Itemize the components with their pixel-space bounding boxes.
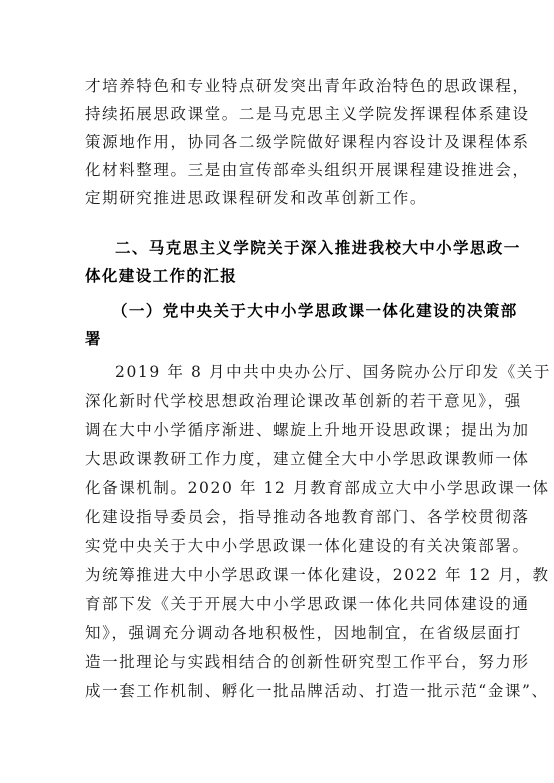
- section-heading: 体化建设工作的汇报: [85, 266, 470, 286]
- section-heading: 二、马克思主义学院关于深入推进我校大中小学思政一: [115, 238, 470, 258]
- body-line: 造一批理论与实践相结合的创新性研究型工作平台，努力形: [85, 652, 470, 672]
- body-line: 知》，强调充分调动各地积极性，因地制宜，在省级层面打: [85, 623, 470, 643]
- body-line: 大思政课教研工作力度，建立健全大中小学思政课教师一体: [85, 449, 470, 469]
- body-line: 实党中央关于大中小学思政课一体化建设的有关决策部署。: [85, 536, 470, 556]
- body-line: 2019 年 8 月中共中央办公厅、国务院办公厅印发《关于: [115, 362, 470, 382]
- paragraph-line: 策源地作用，协同各二级学院做好课程内容设计及课程体系: [85, 132, 470, 152]
- document-page: 才培养特色和专业特点研发突出青年政治特色的思政课程， 持续拓展思政课堂。二是马克…: [0, 0, 554, 783]
- paragraph-line: 持续拓展思政课堂。二是马克思主义学院发挥课程体系建设: [85, 104, 470, 124]
- subsection-heading: 署: [85, 329, 470, 349]
- paragraph-line: 定期研究推进思政课程研发和改革创新工作。: [85, 188, 470, 208]
- subsection-heading: （一）党中央关于大中小学思政课一体化建设的决策部: [112, 301, 470, 321]
- body-line: 调在大中小学循序渐进、螺旋上升地开设思政课；提出为加: [85, 420, 470, 440]
- body-line: 成一套工作机制、孵化一批品牌活动、打造一批示范“金课”、: [85, 681, 470, 701]
- body-line: 化建设指导委员会，指导推动各地教育部门、各学校贯彻落: [85, 507, 470, 527]
- body-line: 为统筹推进大中小学思政课一体化建设，2022 年 12 月，教: [85, 565, 470, 585]
- paragraph-line: 才培养特色和专业特点研发突出青年政治特色的思政课程，: [85, 76, 470, 96]
- body-line: 育部下发《关于开展大中小学思政课一体化共同体建设的通: [85, 594, 470, 614]
- body-line: 深化新时代学校思想政治理论课改革创新的若干意见》，强: [85, 391, 470, 411]
- paragraph-line: 化材料整理。三是由宣传部牵头组织开展课程建设推进会，: [85, 160, 470, 180]
- body-line: 化备课机制。2020 年 12 月教育部成立大中小学思政课一体: [85, 478, 470, 498]
